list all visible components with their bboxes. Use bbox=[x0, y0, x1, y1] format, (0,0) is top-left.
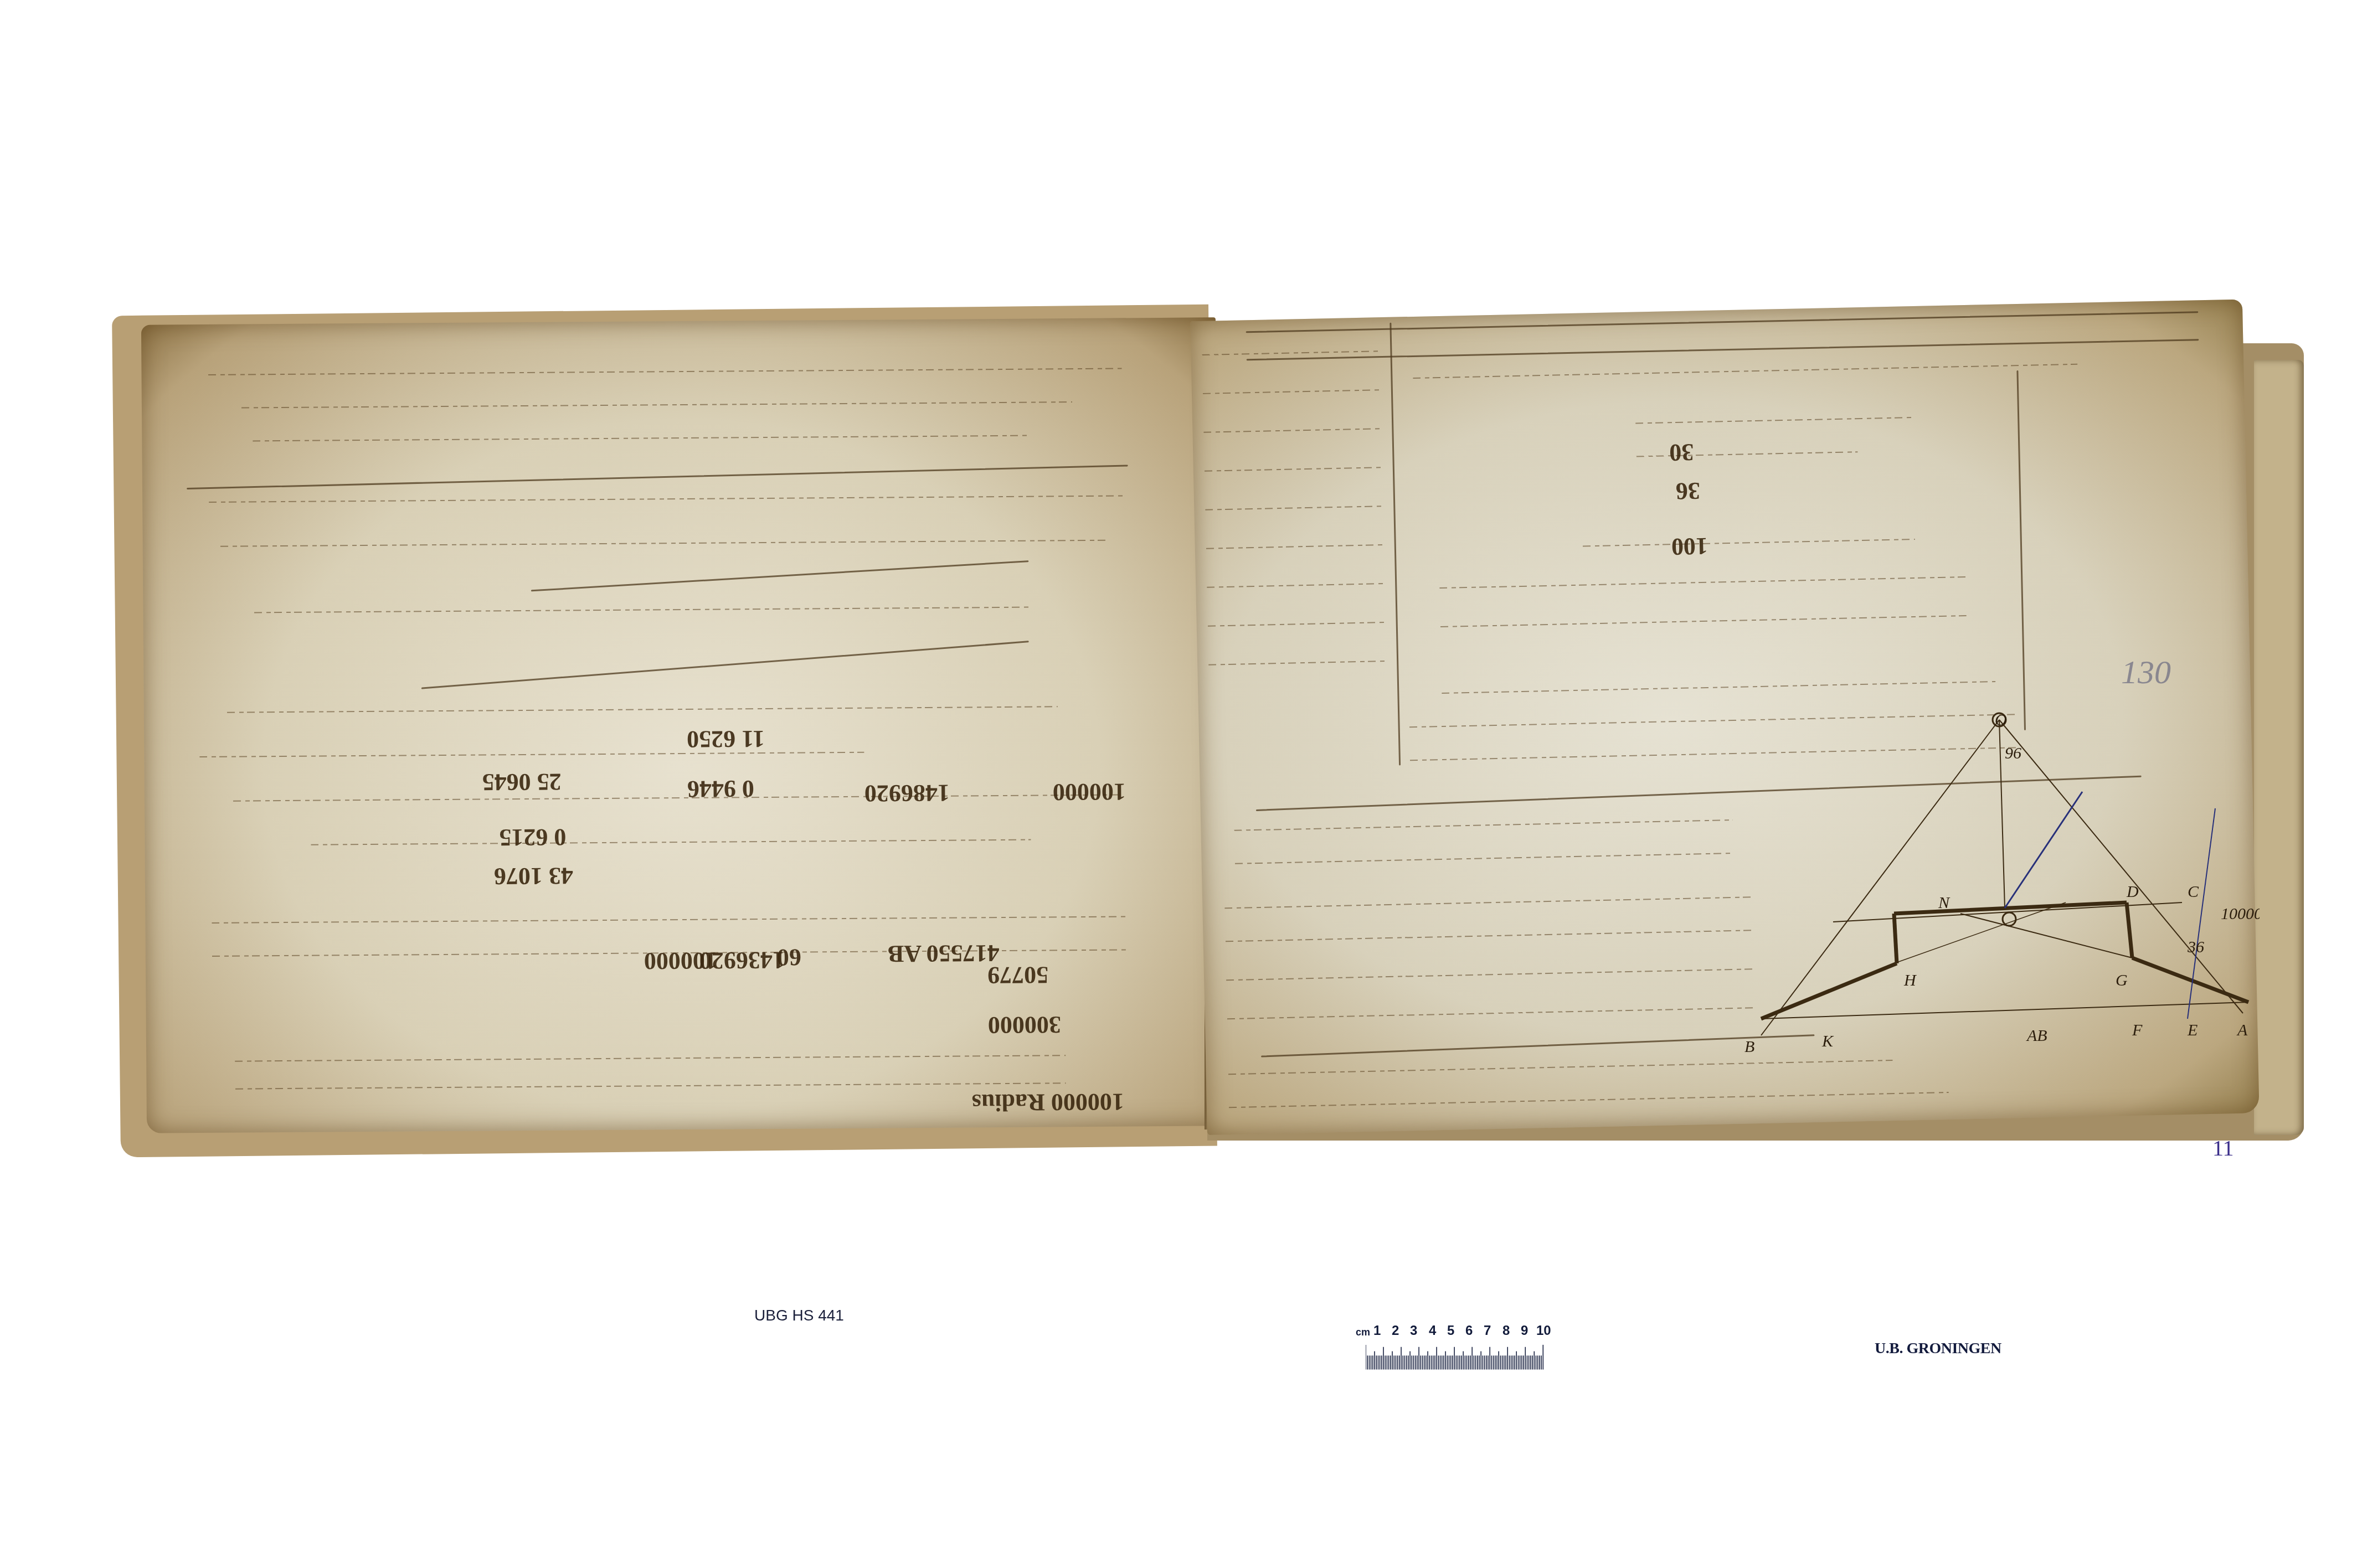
catalogue-label: UBG HS 441 bbox=[754, 1307, 844, 1324]
ruler-tick-7: 7 bbox=[1484, 1323, 1491, 1339]
handwriting-line bbox=[1583, 539, 1915, 547]
handwriting-line bbox=[220, 540, 1107, 547]
handwriting-line bbox=[1229, 1092, 1949, 1108]
ruler-tick-5: 5 bbox=[1447, 1323, 1454, 1339]
point-label-c: C bbox=[2188, 883, 2199, 901]
point-label-e: E bbox=[2187, 1021, 2198, 1039]
handwriting-line bbox=[1439, 576, 1965, 589]
handwriting-line bbox=[253, 435, 1028, 442]
handwriting-line bbox=[1413, 364, 2077, 379]
number: 11 6250 bbox=[687, 725, 765, 754]
point-label-f: F bbox=[2132, 1021, 2143, 1039]
inserted-leaf-right bbox=[2254, 360, 2304, 1135]
number: 43 1076 bbox=[494, 862, 573, 890]
margin-line bbox=[1390, 323, 1401, 766]
number: 30 bbox=[1669, 438, 1694, 467]
handwriting-line bbox=[1205, 467, 1382, 472]
handwriting-line bbox=[1234, 819, 1732, 831]
handwriting-line bbox=[1228, 1060, 1893, 1075]
ruler-tick-3: 3 bbox=[1410, 1323, 1417, 1339]
annotation-96: 96 bbox=[2005, 744, 2021, 762]
ruled-line bbox=[421, 641, 1029, 689]
ruler-tick-1: 1 bbox=[1373, 1323, 1381, 1339]
handwriting-line bbox=[1226, 968, 1752, 981]
institution-label: U.B. GRONINGEN bbox=[1875, 1340, 2001, 1358]
handwriting-line bbox=[212, 916, 1125, 924]
ruled-line bbox=[1247, 339, 2199, 360]
folio-number-top: 130 bbox=[2121, 653, 2171, 692]
handwriting-line bbox=[1440, 615, 1967, 627]
handwriting-line bbox=[1205, 506, 1382, 510]
ruler-tick-8: 8 bbox=[1502, 1323, 1510, 1339]
ruler-tick-6: 6 bbox=[1465, 1323, 1473, 1339]
number: 0 6215 bbox=[499, 823, 566, 852]
ruler-numbers: cm 1 2 3 4 5 6 7 8 9 10 bbox=[1351, 1318, 1839, 1340]
handwriting-line bbox=[1635, 417, 1912, 424]
handwriting-line bbox=[209, 495, 1123, 503]
ruled-line bbox=[531, 560, 1029, 591]
handwriting-line bbox=[1208, 622, 1385, 627]
number: 1436920 bbox=[699, 946, 785, 975]
point-label-d: D bbox=[2126, 883, 2139, 901]
point-label-a: A bbox=[2236, 1021, 2248, 1039]
ruler-tick-4: 4 bbox=[1429, 1323, 1436, 1339]
ruler-unit: cm bbox=[1356, 1327, 1370, 1338]
handwriting-line bbox=[1224, 896, 1751, 909]
handwriting-line bbox=[1208, 661, 1386, 666]
annotation-10000: 10000 bbox=[2221, 905, 2260, 923]
number: 100000 bbox=[1053, 777, 1126, 806]
handwriting-line bbox=[1235, 853, 1733, 864]
handwriting-line bbox=[227, 706, 1058, 713]
segment-label-ab: AB bbox=[2026, 1027, 2047, 1045]
ruler-tick-9: 9 bbox=[1521, 1323, 1528, 1339]
handwriting-line bbox=[241, 401, 1072, 408]
geometric-diagram: O B H G A D E C F K N AB 96 36 10000 bbox=[1728, 703, 2260, 1058]
handwriting-line bbox=[254, 607, 1030, 613]
ruler-tick-marks bbox=[1366, 1344, 1548, 1378]
number-radius: 100000 Radius bbox=[972, 1087, 1124, 1117]
point-label-b: B bbox=[1744, 1038, 1754, 1056]
point-label-o: O bbox=[1995, 711, 2007, 729]
handwriting-line bbox=[1206, 544, 1383, 549]
number: 417550 AB bbox=[888, 939, 1000, 968]
handwriting-line bbox=[235, 1055, 1066, 1061]
handwriting-line bbox=[1203, 428, 1381, 433]
handwriting-line bbox=[1442, 681, 1995, 694]
ruler-tick-10: 10 bbox=[1536, 1323, 1551, 1339]
number: 1486920 bbox=[864, 779, 950, 808]
ruled-line bbox=[187, 465, 1128, 490]
handwriting-line bbox=[311, 839, 1031, 845]
scale-ruler: cm 1 2 3 4 5 6 7 8 9 10 bbox=[1351, 1318, 1839, 1384]
handwriting-line bbox=[1227, 1007, 1753, 1019]
number: 0 9446 bbox=[687, 775, 754, 803]
ruled-line bbox=[1246, 311, 2199, 333]
column-bracket bbox=[2016, 370, 2026, 730]
handwriting-line bbox=[208, 368, 1122, 375]
number: 36 bbox=[1675, 477, 1700, 506]
handwriting-line bbox=[1226, 930, 1752, 942]
number: 100 bbox=[1671, 532, 1708, 561]
handwriting-line bbox=[1202, 350, 1379, 355]
diagram-svg: O B H G A D E C F K N AB 96 36 10000 bbox=[1728, 703, 2260, 1058]
number: 25 0645 bbox=[482, 768, 562, 797]
point-label-g: G bbox=[2116, 971, 2128, 989]
point-label-k: K bbox=[1821, 1032, 1834, 1050]
handwriting-line bbox=[1207, 583, 1384, 588]
handwriting-line bbox=[235, 1082, 1066, 1089]
handwriting-line bbox=[233, 794, 1119, 801]
number: 300000 bbox=[988, 1010, 1061, 1039]
left-page: 100000 Radius 300000 50779 417550 AB 60 … bbox=[141, 317, 1221, 1133]
ruler-tick-2: 2 bbox=[1392, 1323, 1399, 1339]
folio-number-bottom: 11 bbox=[2212, 1135, 2234, 1161]
handwriting-line bbox=[1203, 389, 1380, 394]
annotation-36: 36 bbox=[2187, 938, 2204, 956]
point-label-h: H bbox=[1903, 971, 1917, 989]
point-label-n: N bbox=[1938, 894, 1951, 912]
